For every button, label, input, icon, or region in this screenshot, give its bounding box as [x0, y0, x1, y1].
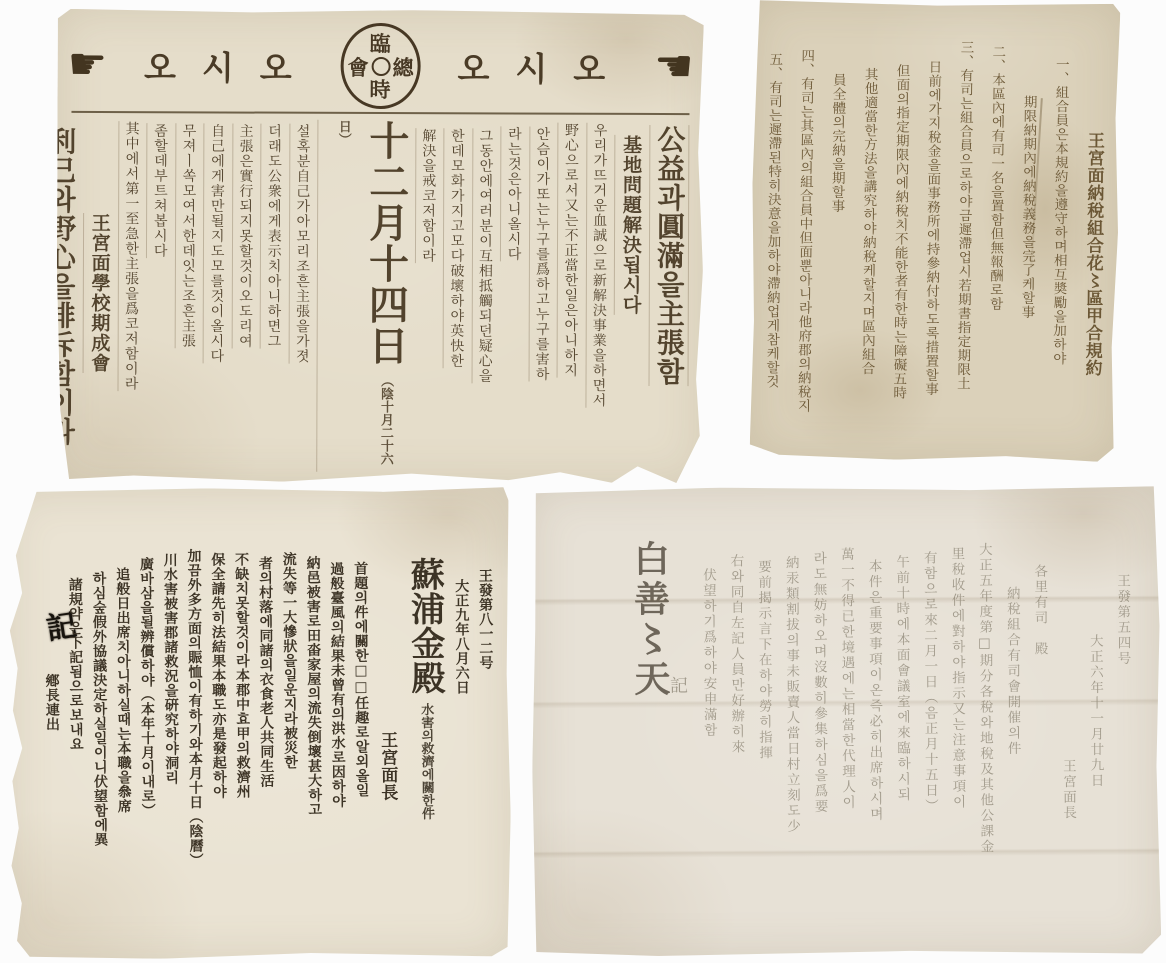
notice-body: 公益과圓滿을主張함基地問題解決됩시다우리가뜨거운血誠으로新解決事業을하면서野心으… — [70, 111, 689, 473]
stamp-center-circle — [372, 57, 391, 76]
summons-text-column: 有함으로來二月一日（음正月十五日） — [918, 551, 939, 815]
extraordinary-meeting-stamp: 臨 總 時 會 — [340, 23, 420, 109]
summons-text-column: 라도無妨하오며沒數히參集하심을爲要 — [808, 551, 829, 815]
column-text: 納稅組合有司會開催의件 — [1004, 586, 1021, 757]
column-text: 期限納期內에納稅義務을完了케할事 — [1018, 95, 1036, 319]
document-tax-rules: 王宮面納稅組合花〻區甲合規約一、組合員은本規約을遵守하며相互奬勵을加하야期限納期… — [750, 0, 1121, 462]
column-text: 설혹분自己가아모리조흔主張을가졋 — [294, 124, 311, 364]
column-text: 公益과圓滿을主張함 — [653, 125, 687, 386]
letter-text-column: 追般日出席치아니하실때는本職을叅席 — [112, 567, 132, 814]
column-text: 한데모화가지고모다破壞하야英快한 — [448, 128, 465, 368]
notice-text-column: 十二月十四日（陰十月二十六日） — [316, 120, 411, 472]
column-text: 大正五年度第□期分各稅와地稅及其他公課金 — [976, 542, 994, 855]
letter-text-column: 蘇浦金殿水害의救濟에關한件 — [402, 557, 447, 820]
column-text: 王宮面長 — [1060, 759, 1076, 821]
notice-text-column: 라는것은아니올시다 — [500, 126, 525, 261]
letter-text-column: 首題의件에關한□□任趣로알외올일 — [350, 561, 370, 797]
column-text: 主張은實行되지못할것이오도리여 — [237, 124, 254, 349]
column-text: 二、本區內에有司一名을置함但無報酬로함 — [987, 45, 1006, 311]
column-text: 保全請先히法結果本職도亦是發起하야 — [209, 552, 227, 799]
column-text: 但面의指定期限內에納稅치不能한者有한時는障礙五時 — [890, 64, 910, 400]
notice-text-column: 안슴이가또는누구를爲하고누구를害하 — [528, 127, 553, 382]
notice-text-column: 解決을戒코저함이라 — [415, 128, 440, 263]
summons-text-column: 萬一不得已한境遇에는相當한代理人이 — [835, 547, 856, 811]
stamp-char-right: 總 — [393, 52, 414, 82]
rules-body: 王宮面納稅組合花〻區甲合規約一、組合員은本規約을遵守하며相互奬勵을加하야期限納期… — [762, 28, 1104, 450]
column-text: 王發第五四号 — [1114, 574, 1130, 667]
column-text: 四、有司는其區內의組合員中但面뿐아니라他府郡의納稅지 — [794, 49, 814, 413]
summons-text-column: 大正六年十一月廿九日 — [1084, 634, 1104, 789]
summons-text-column: 納稅組合有司會開催의件 — [1001, 586, 1021, 757]
rules-text-column: 但面의指定期限內에納稅치不能한者有한時는障礙五時 — [890, 64, 909, 400]
summons-text-column: 大正五年度第□期分各稅와地稅及其他公課金 — [973, 542, 994, 855]
letter-text-column: 王發第八一二号 — [475, 568, 494, 670]
letter-body: 王發第八一二号大正九年八月六日蘇浦金殿水害의救濟에關한件王宮面長首題의件에關한□… — [41, 520, 496, 945]
rules-text-column: 王宮面納稅組合花〻區甲合規約 — [1081, 132, 1103, 377]
letter-text-column: 不缺치못할것이라本郡中효甲의救濟州 — [231, 552, 251, 799]
column-text: 좀할데부트쳐봅시다 — [152, 123, 168, 258]
column-text: 納邑被害로田畓家屋의流失倒壞甚大하고 — [305, 556, 323, 817]
column-text: 右와同自左記人員만好辦히來 — [727, 554, 744, 756]
document-public-notice: ☛ 오시오 臨 總 時 會 오시오 ☚ 公益과圓滿을主張함基地問題解決됩시다우리… — [56, 9, 704, 483]
column-text: 日前에가지稅金을面事務所에持參納付하도록措置할事 — [922, 60, 942, 396]
notice-text-column: 王宮面學校期成會 — [82, 213, 113, 373]
column-subtext: 水害의救濟에關한件 — [418, 703, 434, 820]
column-text: 王宮面納稅組合花〻區甲合規約 — [1081, 132, 1104, 377]
column-text: 不缺치못할것이라本郡中효甲의救濟州 — [233, 552, 251, 799]
pointing-hand-right-icon: ☛ — [68, 43, 108, 87]
column-text: 大正六年十一月廿九日 — [1087, 634, 1104, 789]
rules-text-column: 其他適當한方法을講究하야納稅케할지며區內組合 — [858, 67, 877, 375]
column-text: 納汞類割拔의事未販賣人當日村立刻도少 — [783, 555, 800, 834]
notice-header-text-right: 오시오 — [443, 43, 631, 91]
rules-text-column: 二、本區內에有司一名을置함但無報酬로함 — [986, 45, 1004, 311]
summons-text-column: 午前十時에本面會議室에來臨하시되 — [891, 555, 912, 803]
letter-text-column: 過般臺風의結果未曾有의洪水로因하야 — [326, 561, 346, 808]
column-text: 首題의件에關한□□任趣로알외올일 — [352, 561, 370, 797]
letter-text-column: 鄕長連出 — [42, 673, 60, 731]
document-relief-letter: 記 王發第八一二号大正九年八月六日蘇浦金殿水害의救濟에關한件王宮面長首題의件에關… — [6, 486, 511, 959]
column-text: 三、有司는組合員으로하야금遲滯업시若期書指定期限土 — [954, 40, 974, 390]
column-text: 基地問題解決됩시다 — [620, 135, 643, 315]
notice-text-column: 그동안에여러분이互相抵觸되던疑心을 — [471, 128, 496, 383]
notice-text-column: 自己에게害만될지도모를것이올시다 — [203, 123, 228, 363]
notice-header-text-left: 오시오 — [130, 42, 318, 90]
column-text: 里稅收件에對하야指示又는注意事項이 — [948, 546, 965, 810]
column-text: 過般臺風의結果未曾有의洪水로因하야 — [328, 561, 346, 808]
column-text: 十二月十四日 — [362, 120, 410, 366]
column-text: 員全體의完納을期할事 — [828, 73, 845, 213]
letter-text-column: 加끔外多方面의賑恤이有하기와本月十日（陰曆） — [184, 548, 204, 867]
summons-text-column: 里稅收件에對하야指示又는注意事項이 — [946, 546, 967, 810]
column-text: 王宮面長 — [377, 731, 397, 801]
column-text: 本件은重要事項이온즉必히出席하시며 — [866, 559, 883, 823]
column-text: 하심숲假外協議決定하실일이니伏望함에異 — [90, 571, 108, 847]
column-text: 自己에게害만될지도모를것이올시다 — [208, 123, 225, 363]
notice-text-column: 무져ㅣ쏙모여서한데잇는조흔主張 — [174, 123, 199, 348]
notice-text-column: 우리가뜨거운血誠으로新解決事業을하면서 — [585, 123, 610, 408]
summons-text-column: 右와同自左記人員만好辦히來 — [725, 554, 746, 756]
column-text: 有함으로來二月一日（음正月十五日） — [921, 551, 938, 815]
summons-text-column: 王宮面長 — [1057, 759, 1077, 821]
column-text: 其他適當한方法을講究하야納稅케할지며區內組合 — [859, 67, 878, 375]
letter-text-column: 하심숲假外協議決定하실일이니伏望함에異 — [89, 571, 109, 847]
stamp-char-bottom: 時 — [369, 74, 390, 104]
column-text: 더래도公衆에게表示치아니하면그 — [265, 124, 282, 349]
summons-text-column: 伏望하기爲하야安申滿함 — [697, 568, 717, 739]
notice-text-column: 基地問題解決됩시다 — [614, 135, 645, 315]
column-text: 라도無妨하오며沒數히參集하심을爲要 — [810, 551, 827, 815]
notice-text-column: 野心으로서又는不正當한일은아니하지 — [557, 123, 582, 378]
notice-text-column: 설혹분自己가아모리조흔主張을가졋 — [288, 124, 313, 364]
column-text: 王發第八一二号 — [477, 568, 494, 670]
column-text: 우리가뜨거운血誠으로新解決事業을하면서 — [590, 123, 607, 408]
column-text: 안슴이가또는누구를爲하고누구를害하 — [534, 127, 551, 382]
column-text: 五、有司는遲滯된特히決意을加하야滯納업게참케할것 — [763, 52, 783, 388]
pointing-hand-left-icon: ☚ — [654, 45, 694, 89]
column-text: 各里有司 殿 — [1031, 564, 1047, 657]
column-text: 一、組合員은本規約을遵守하며相互奬勵을加하야 — [1050, 57, 1069, 365]
column-text: 其中에서第一至急한主張을爲코저함이라 — [123, 121, 140, 391]
summons-body: 王發第五四号大正六年十一月廿九日王宮面長各里有司 殿納稅組合有司會開催의件大正五… — [663, 524, 1133, 942]
notice-text-column: 좀할데부트쳐봅시다 — [146, 123, 171, 258]
letter-text-column: 大正九年八月六日 — [451, 579, 470, 695]
column-text: 鄕長連出 — [44, 673, 60, 731]
column-text: 野心으로서又는不正當한일은아니하지 — [562, 123, 579, 378]
rules-text-column: 員全體의完納을期할事 — [828, 73, 845, 213]
summons-text-column: 王發第五四号 — [1112, 574, 1132, 667]
column-text: 午前十時에本面會議室에來臨하시되 — [893, 555, 910, 803]
column-text: 川水害被害郡諸救況을硏究하야洞리 — [162, 553, 180, 785]
column-text: 要前揭示言下在하야勞히指揮 — [755, 559, 772, 761]
letter-text-column: 者의村落에同諸의衣食老人共同生活 — [255, 556, 275, 788]
notice-header: ☛ 오시오 臨 總 時 會 오시오 ☚ — [67, 21, 693, 111]
column-text: 라는것은아니올시다 — [506, 126, 522, 261]
summons-text-column: 記 — [664, 676, 690, 696]
column-text: 諸規약은下記됨으로보내요 — [67, 577, 84, 751]
stamp-char-top: 臨 — [370, 28, 391, 58]
notice-text-column: 主張은實行되지못할것이오도리여 — [231, 123, 256, 348]
rules-text-column: 五、有司는遲滯된特히決意을加하야滯納업게참케할것 — [762, 52, 781, 388]
summons-text-column: 要前揭示言下在하야勞히指揮 — [753, 559, 774, 761]
summons-text-column: 各里有司 殿 — [1029, 564, 1049, 657]
column-text: 무져ㅣ쏙모여서한데잇는조흔主張 — [180, 123, 197, 348]
rules-text-column: 三、有司는組合員으로하야금遲滯업시若期書指定期限土 — [953, 40, 972, 390]
letter-text-column: 王宮面長 — [375, 731, 397, 801]
letter-text-column: 保全請先히法結果本職도亦是發起하야 — [207, 552, 227, 799]
notice-text-column: 利己와野心을排斥함이라 — [39, 127, 79, 446]
letter-text-column: 川水害被害郡諸救況을硏究하야洞리 — [160, 553, 180, 785]
column-text: 追般日出席치아니하실때는本職을叅席 — [114, 567, 132, 814]
letter-text-column: 諸規약은下記됨으로보내요 — [65, 577, 84, 751]
column-text: 廣바삼을될辨償하야（本年十月이내로） — [138, 557, 156, 818]
notice-text-column: 더래도公衆에게表示치아니하면그 — [260, 124, 285, 349]
rules-text-column: 一、組合員은本規約을遵守하며相互奬勵을加하야 — [1049, 57, 1068, 365]
notice-text-column: 其中에서第一至急한主張을爲코저함이라 — [117, 121, 142, 391]
stamp-char-left: 會 — [348, 52, 369, 82]
document-meeting-summons: 白善〻天 王發第五四号大正六年十一月廿九日王宮面長各里有司 殿納稅組合有司會開催… — [531, 485, 1161, 956]
summons-text-column: 本件은重要事項이온즉必히出席하시며 — [863, 559, 884, 823]
column-text: 者의村落에同諸의衣食老人共同生活 — [257, 556, 275, 788]
rules-text-column: 四、有司는其區內의組合員中但面뿐아니라他府郡의納稅지 — [794, 49, 813, 413]
column-text: 大正九年八月六日 — [453, 579, 470, 695]
rules-text-column: 期限納期內에納稅義務을完了케할事 — [1018, 95, 1036, 319]
column-text: 萬一不得已한境遇에는相當한代理人이 — [838, 547, 855, 811]
summons-text-column: 納汞類割拔의事未販賣人當日村立刻도少 — [780, 555, 801, 834]
column-text: 蘇浦金殿 — [404, 557, 445, 695]
letter-text-column: 流失等一大慘狀을일운지라被災한 — [279, 552, 298, 770]
column-text: 王宮面學校期成會 — [88, 213, 111, 373]
column-text: 伏望하기爲하야安申滿함 — [700, 568, 717, 739]
column-text: 記 — [667, 676, 688, 696]
column-text: 그동안에여러분이互相抵觸되던疑心을 — [477, 128, 494, 383]
letter-text-column: 廣바삼을될辨償하야（本年十月이내로） — [136, 557, 156, 818]
column-text: 加끔外多方面의賑恤이有하기와本月十日（陰曆） — [185, 548, 203, 867]
rules-text-column: 日前에가지稅金을面事務所에持參納付하도록措置할事 — [921, 60, 940, 396]
column-text: 流失等一大慘狀을일운지라被災한 — [281, 552, 299, 770]
letter-text-column: 納邑被害로田畓家屋의流失倒壞甚大하고 — [303, 556, 323, 817]
column-text: 利己와野心을排斥함이라 — [43, 127, 77, 446]
notice-text-column: 公益과圓滿을主張함 — [648, 125, 689, 386]
column-text: 解決을戒코저함이라 — [420, 128, 436, 263]
notice-text-column: 한데모화가지고모다破壞하야英快한 — [443, 128, 468, 368]
